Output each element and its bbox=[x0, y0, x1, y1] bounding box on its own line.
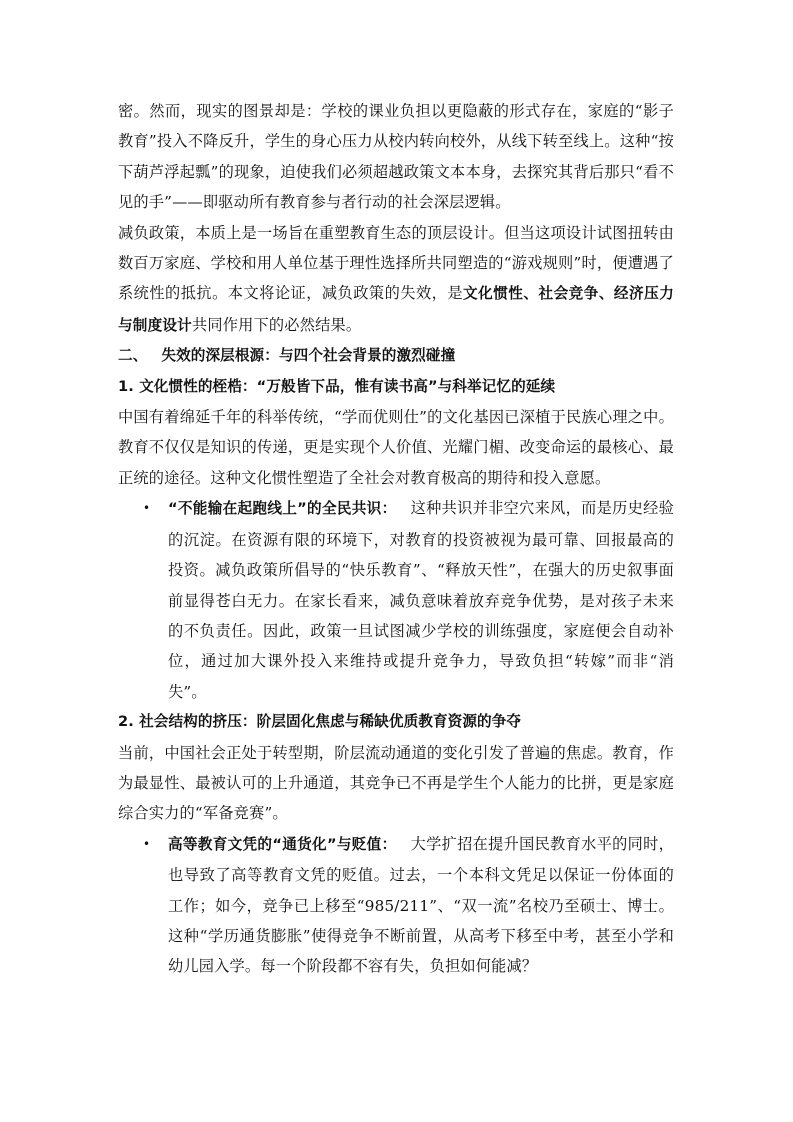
bullet-lead: 高等教育文凭的“通货化”与贬值： bbox=[168, 836, 397, 853]
body-paragraph-intro-continued: 密。然而，现实的图景却是：学校的课业负担以更隐蔽的形式存在，家庭的“影子教育”投… bbox=[118, 96, 674, 218]
document-page: 密。然而，现实的图景却是：学校的课业负担以更隐蔽的形式存在，家庭的“影子教育”投… bbox=[118, 96, 674, 982]
bullet-text: 大学扩招在提升国民教育水平的同时，也导致了高等教育文凭的贬值。过去，一个本科文凭… bbox=[168, 835, 674, 976]
bullet-item-credential-inflation: •高等教育文凭的“通货化”与贬值：大学扩招在提升国民教育水平的同时，也导致了高等… bbox=[118, 829, 674, 982]
bullet-icon: • bbox=[143, 493, 150, 523]
bullet-list-social: •高等教育文凭的“通货化”与贬值：大学扩招在提升国民教育水平的同时，也导致了高等… bbox=[118, 829, 674, 982]
bullet-lead: “不能输在起跑线上”的全民共识： bbox=[168, 500, 397, 517]
thesis-text-after: 共同作用下的必然结果。 bbox=[192, 316, 361, 334]
bullet-list-cultural: •“不能输在起跑线上”的全民共识：这种共识并非空穴来风，而是历史经验的沉淀。在资… bbox=[118, 493, 674, 707]
subheading-cultural-inertia: 1. 文化惯性的桎梏：“万般皆下品，惟有读书高”与科举记忆的延续 bbox=[118, 372, 674, 402]
section-title: 失效的深层根源：与四个社会背景的激烈碰撞 bbox=[161, 347, 455, 364]
bullet-item-starting-line: •“不能输在起跑线上”的全民共识：这种共识并非空穴来风，而是历史经验的沉淀。在资… bbox=[118, 493, 674, 707]
bullet-text: 这种共识并非空穴来风，而是历史经验的沉淀。在资源有限的环境下，对教育的投资被视为… bbox=[168, 499, 674, 700]
section-heading-2: 二、失效的深层根源：与四个社会背景的激烈碰撞 bbox=[118, 341, 674, 371]
body-paragraph-cultural: 中国有着绵延千年的科举传统，“学而优则仕”的文化基因已深植于民族心理之中。教育不… bbox=[118, 402, 674, 493]
body-paragraph-social: 当前，中国社会正处于转型期，阶层流动通道的变化引发了普遍的焦虑。教育，作为最显性… bbox=[118, 738, 674, 829]
body-paragraph-thesis: 减负政策，本质上是一场旨在重塑教育生态的顶层设计。但当这项设计试图扭转由数百万家… bbox=[118, 218, 674, 342]
bullet-icon: • bbox=[143, 829, 150, 859]
section-number: 二、 bbox=[118, 347, 147, 364]
subheading-social-structure: 2. 社会结构的挤压：阶层固化焦虑与稀缺优质教育资源的争夺 bbox=[118, 707, 674, 737]
